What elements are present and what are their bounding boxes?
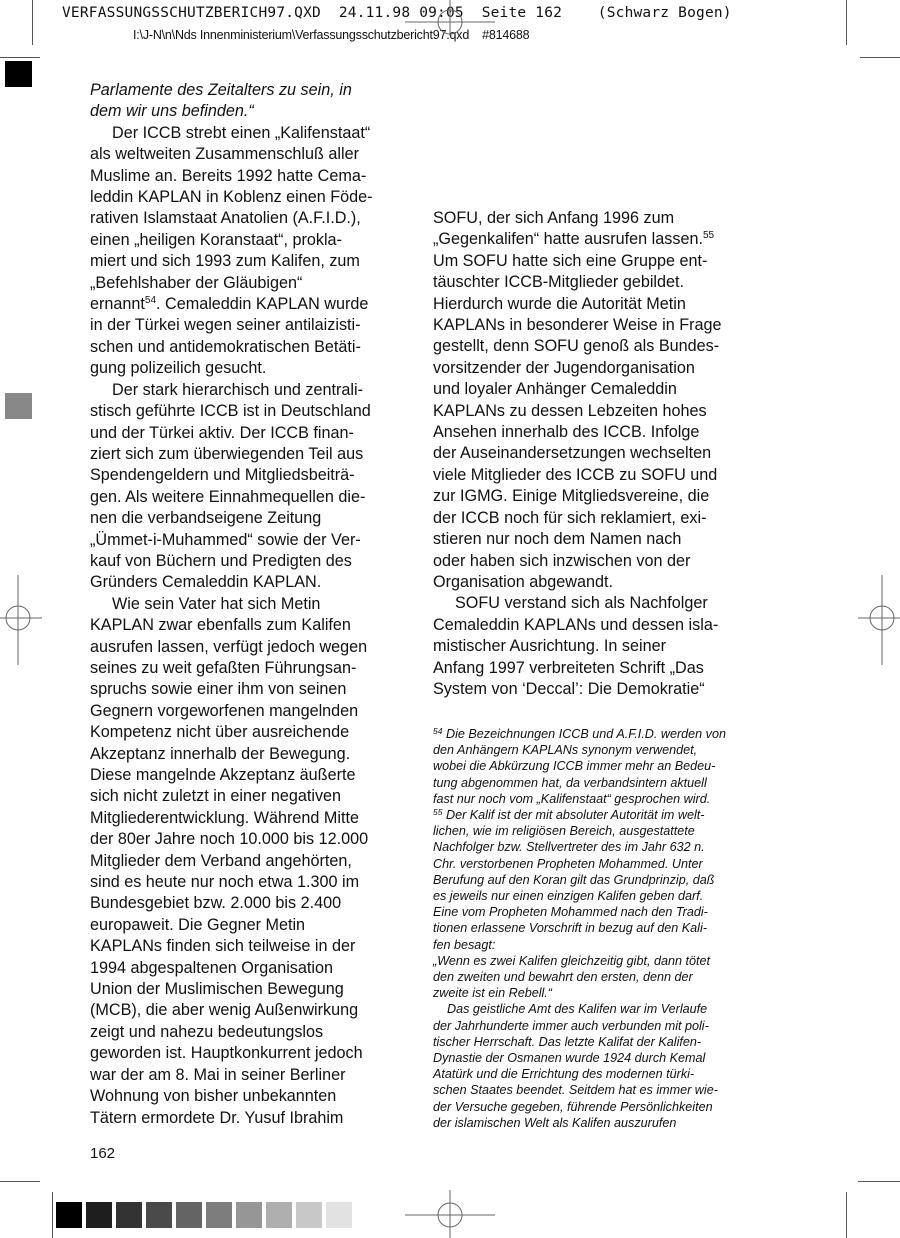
paragraph-line: Gründers Cemaleddin KAPLAN. xyxy=(90,572,400,593)
footnote-line: Chr. verstorbenen Propheten Mohammed. Un… xyxy=(433,856,743,872)
paragraph-line: stieren nur noch dem Namen nach xyxy=(433,529,743,550)
footnote-line: Eine vom Propheten Mohammed nach den Tra… xyxy=(433,904,743,920)
right-column: SOFU, der sich Anfang 1996 zum „Gegenkal… xyxy=(433,208,743,700)
paragraph-line: europaweit. Die Gegner Metin xyxy=(90,915,400,936)
paragraph-line: Ansehen innerhalb des ICCB. Infolge xyxy=(433,422,743,443)
registration-mark-icon xyxy=(855,570,900,670)
footnote-line: Berufung auf den Koran gilt das Grundpri… xyxy=(433,872,743,888)
paragraph-line: einen „heiligen Koranstaat“, prokla- xyxy=(90,230,400,251)
paragraph-line: „Ümmet-i-Muhammed“ sowie der Ver- xyxy=(90,530,400,551)
paragraph-line: Der ICCB strebt einen „Kalifenstaat“ xyxy=(90,123,400,144)
gray-swatch xyxy=(56,1202,82,1228)
paragraph-line: ausrufen lassen, verfügt jedoch wegen xyxy=(90,637,400,658)
paragraph-line: „Befehlshaber der Gläubigen“ xyxy=(90,273,400,294)
gray-swatch xyxy=(326,1202,352,1228)
paragraph-line: und der Türkei aktiv. Der ICCB finan- xyxy=(90,423,400,444)
paragraph-line: mistischer Ausrichtung. In seiner xyxy=(433,636,743,657)
paragraph-line: sind es heute nur noch etwa 1.300 im xyxy=(90,872,400,893)
footnote-quote-line: den zweiten und bewahrt den ersten, denn… xyxy=(433,969,743,985)
footnote-ref-54[interactable]: 54 xyxy=(145,295,156,306)
footnote-line: fast nur noch vom „Kalifenstaat“ gesproc… xyxy=(433,791,743,807)
paragraph-line: Organisation abgewandt. xyxy=(433,572,743,593)
registration-mark-icon xyxy=(400,1190,500,1238)
gray-swatch xyxy=(176,1202,202,1228)
quote-line: dem wir uns befinden.“ xyxy=(90,101,400,122)
paragraph-line: Tätern ermordete Dr. Yusuf Ibrahim xyxy=(90,1108,400,1129)
gray-swatch xyxy=(296,1202,322,1228)
paragraph-line: „Gegenkalifen“ hatte ausrufen lassen.55 xyxy=(433,229,743,250)
crop-mark xyxy=(846,1192,847,1238)
crop-mark xyxy=(0,1181,40,1182)
footnote-quote-line: „Wenn es zwei Kalifen gleichzeitig gibt,… xyxy=(433,953,743,969)
footnote-55: 55 Der Kalif ist der mit absoluter Autor… xyxy=(433,807,743,823)
paragraph-line: Gegnern vorgeworfenen mangelnden xyxy=(90,701,400,722)
gray-swatch xyxy=(206,1202,232,1228)
paragraph-line: sich nicht zuletzt in einer negativen xyxy=(90,786,400,807)
paragraph-line: KAPLANs zu dessen Lebzeiten hohes xyxy=(433,401,743,422)
paragraph-line: zeigt und nahezu bedeutungslos xyxy=(90,1022,400,1043)
paragraph-line: SOFU, der sich Anfang 1996 zum xyxy=(433,208,743,229)
gray-swatch xyxy=(146,1202,172,1228)
footnote-line: es jeweils nur einen einzigen Kalifen ge… xyxy=(433,888,743,904)
footnote-line: Nachfolger bzw. Stellvertreter des im Ja… xyxy=(433,839,743,855)
footnote-line: schen Staates beendet. Seitdem hat es im… xyxy=(433,1082,743,1098)
black-marker-square xyxy=(5,61,32,87)
paragraph-line: (MCB), die aber wenig Außenwirkung xyxy=(90,1000,400,1021)
paragraph-line: Anfang 1997 verbreiteten Schrift „Das xyxy=(433,658,743,679)
print-slug-line: VERFASSUNGSSCHUTZBERICH97.QXD 24.11.98 0… xyxy=(62,5,732,21)
paragraph-line: KAPLANs in besonderer Weise in Frage xyxy=(433,315,743,336)
paragraph-line: gestellt, denn SOFU genoß als Bundes- xyxy=(433,336,743,357)
left-column: Parlamente des Zeitalters zu sein, in de… xyxy=(90,80,400,1129)
gray-marker-square xyxy=(5,393,32,419)
quote-line: Parlamente des Zeitalters zu sein, in xyxy=(90,80,400,101)
footnote-line: fen besagt: xyxy=(433,937,743,953)
page-number: 162 xyxy=(90,1145,115,1162)
footnote-line: tung abgenommen hat, da verbandsintern a… xyxy=(433,775,743,791)
footnote-line: tischer Herrschaft. Das letzte Kalifat d… xyxy=(433,1034,743,1050)
paragraph-line: Mitglieder dem Verband angehörten, xyxy=(90,851,400,872)
paragraph-line: KAPLAN zwar ebenfalls zum Kalifen xyxy=(90,615,400,636)
paragraph-line: viele Mitglieder des ICCB zu SOFU und xyxy=(433,465,743,486)
paragraph-line: der Auseinandersetzungen wechselten xyxy=(433,443,743,464)
paragraph-line: Wie sein Vater hat sich Metin xyxy=(90,594,400,615)
paragraph-line: in der Türkei wegen seiner antilaizisti- xyxy=(90,315,400,336)
footnote-line: der Versuche gegeben, führende Persönlic… xyxy=(433,1099,743,1115)
paragraph-line: der 80er Jahre noch 10.000 bis 12.000 xyxy=(90,829,400,850)
paragraph-line: stisch geführte ICCB ist in Deutschland xyxy=(90,401,400,422)
footnote-line: der Jahrhunderte immer auch verbunden mi… xyxy=(433,1018,743,1034)
paragraph-line: ernannt54. Cemaleddin KAPLAN wurde xyxy=(90,294,400,315)
footnote-line: der islamischen Welt als Kalifen auszuru… xyxy=(433,1115,743,1131)
paragraph-line: kauf von Büchern und Predigten des xyxy=(90,551,400,572)
footnote-line: Dynastie der Osmanen wurde 1924 durch Ke… xyxy=(433,1050,743,1066)
paragraph-line: der ICCB noch für sich reklamiert, exi- xyxy=(433,508,743,529)
paragraph-line: zur IGMG. Einige Mitgliedsvereine, die xyxy=(433,486,743,507)
paragraph-line: nen die verbandseigene Zeitung xyxy=(90,508,400,529)
crop-mark xyxy=(52,1192,53,1238)
crop-mark xyxy=(860,57,900,58)
paragraph-line: Muslime an. Bereits 1992 hatte Cema- xyxy=(90,166,400,187)
paragraph-line: Akzeptanz innerhalb der Bewegung. xyxy=(90,744,400,765)
paragraph-line: schen und antidemokratischen Betäti- xyxy=(90,337,400,358)
footnote-line: tionen erlassene Vorschrift in bezug auf… xyxy=(433,920,743,936)
paragraph-line: geworden ist. Hauptkonkurrent jedoch xyxy=(90,1043,400,1064)
paragraph-line: oder haben sich inzwischen von der xyxy=(433,551,743,572)
paragraph-line: miert und sich 1993 zum Kalifen, zum xyxy=(90,251,400,272)
footnote-line: den Anhängern KAPLANs synonym verwendet, xyxy=(433,742,743,758)
paragraph-line: gung polizeilich gesucht. xyxy=(90,358,400,379)
paragraph-line: als weltweiten Zusammenschluß aller xyxy=(90,144,400,165)
gray-swatch xyxy=(266,1202,292,1228)
paragraph-line: Hierdurch wurde die Autorität Metin xyxy=(433,294,743,315)
paragraph-line: rativen Islamstaat Anatolien (A.F.I.D.), xyxy=(90,208,400,229)
footnote-line: lichen, wie im religiösen Bereich, ausge… xyxy=(433,823,743,839)
paragraph-line: 1994 abgespaltenen Organisation xyxy=(90,958,400,979)
paragraph-line: vorsitzender der Jugendorganisation xyxy=(433,358,743,379)
paragraph-line: Spendengeldern und Mitgliedsbeiträ- xyxy=(90,465,400,486)
crop-mark xyxy=(32,0,33,45)
paragraph-line: seines zu weit gefaßten Führungsan- xyxy=(90,658,400,679)
gray-swatch xyxy=(86,1202,112,1228)
paragraph-line: KAPLANs finden sich teilweise in der xyxy=(90,936,400,957)
paragraph-line: Cemaleddin KAPLANs und dessen isla- xyxy=(433,615,743,636)
paragraph-line: Bundesgebiet bzw. 2.000 bis 2.400 xyxy=(90,893,400,914)
paragraph-line: spruchs sowie einer ihm von seinen xyxy=(90,679,400,700)
paragraph-line: und loyaler Anhänger Cemaleddin xyxy=(433,379,743,400)
footnote-ref-55[interactable]: 55 xyxy=(703,230,714,241)
paragraph-line: täuschter ICCB-Mitglieder gebildet. xyxy=(433,272,743,293)
color-control-bar xyxy=(56,1202,352,1228)
paragraph-line: System von ‘Deccal’: Die Demokratie“ xyxy=(433,679,743,700)
paragraph-line: Diese mangelnde Akzeptanz äußerte xyxy=(90,765,400,786)
paragraph-line: SOFU verstand sich als Nachfolger xyxy=(433,593,743,614)
crop-mark xyxy=(858,1181,900,1182)
crop-mark xyxy=(0,57,40,58)
paragraph-line: Der stark hierarchisch und zentrali- xyxy=(90,380,400,401)
footnote-quote-line: zweite ist ein Rebell.“ xyxy=(433,985,743,1001)
registration-mark-icon xyxy=(400,0,500,36)
gray-swatch xyxy=(236,1202,262,1228)
paragraph-line: leddin KAPLAN in Koblenz einen Föde- xyxy=(90,187,400,208)
crop-mark xyxy=(846,0,847,45)
footnote-line: Atatürk und die Errichtung des modernen … xyxy=(433,1066,743,1082)
paragraph-line: Um SOFU hatte sich eine Gruppe ent- xyxy=(433,251,743,272)
footnote-line: wobei die Abkürzung ICCB immer mehr an B… xyxy=(433,758,743,774)
paragraph-line: war der am 8. Mai in seiner Berliner xyxy=(90,1065,400,1086)
paragraph-line: Kompetenz nicht über ausreichende xyxy=(90,722,400,743)
paragraph-line: Mitgliederentwicklung. Während Mitte xyxy=(90,808,400,829)
gray-swatch xyxy=(116,1202,142,1228)
registration-mark-icon xyxy=(0,570,45,670)
footnotes: 54 Die Bezeichnungen ICCB und A.F.I.D. w… xyxy=(433,726,743,1131)
paragraph-line: ziert sich zum überwiegenden Teil aus xyxy=(90,444,400,465)
paragraph-line: gen. Als weitere Einnahmequellen die- xyxy=(90,487,400,508)
paragraph-line: Wohnung von bisher unbekannten xyxy=(90,1086,400,1107)
footnote-line: Das geistliche Amt des Kalifen war im Ve… xyxy=(433,1001,743,1017)
footnote-54: 54 Die Bezeichnungen ICCB und A.F.I.D. w… xyxy=(433,726,743,742)
paragraph-line: Union der Muslimischen Bewegung xyxy=(90,979,400,1000)
